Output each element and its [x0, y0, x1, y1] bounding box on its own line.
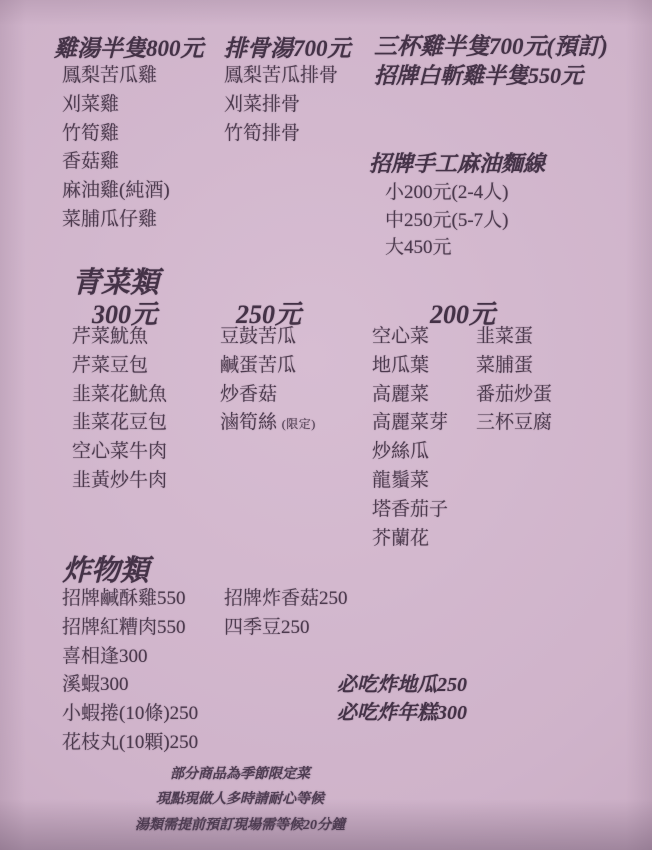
- sesame-noodle-header: 招牌手工麻油麵線: [369, 147, 545, 178]
- menu-item: 菜脯蛋: [476, 352, 552, 381]
- menu-item-limited: 滷筍絲 (限定): [220, 409, 316, 439]
- price-300-items: 芹菜魷魚 芹菜豆包 韭菜花魷魚 韭菜花豆包 空心菜牛肉 韭黃炒牛肉: [72, 323, 167, 496]
- menu-item: 招牌紅糟肉550: [62, 614, 198, 643]
- menu-item: 韭菜花魷魚: [72, 381, 167, 410]
- menu-item: 菜脯瓜仔雞: [62, 206, 170, 235]
- chicken-soup-header: 雞湯半隻800元: [54, 30, 204, 63]
- three-cup-chicken-special: 三杯雞半隻700元(預訂): [374, 28, 608, 61]
- menu-item: 刈菜雞: [62, 91, 170, 120]
- menu-item: 竹筍排骨: [224, 120, 338, 149]
- menu-item: 刈菜排骨: [224, 91, 338, 120]
- must-eat-items: 必吃炸地瓜250 必吃炸年糕300: [337, 672, 467, 727]
- white-cut-chicken-special: 招牌白斬雞半隻550元: [374, 59, 583, 90]
- sesame-noodle-sizes: 小200元(2-4人) 中250元(5-7人) 大450元: [385, 179, 508, 262]
- menu-item: 芹菜魷魚: [72, 323, 167, 352]
- pork-rib-soup-items: 鳳梨苦瓜排骨 刈菜排骨 竹筍排骨: [224, 62, 338, 148]
- menu-item: 龍鬚菜: [372, 467, 448, 496]
- menu-item: 芥蘭花: [372, 525, 448, 554]
- menu-item: 番茄炒蛋: [476, 381, 552, 410]
- fried-items-col2: 招牌炸香菇250 四季豆250: [224, 585, 348, 643]
- footer-note: 部分商品為季節限定菜: [10, 762, 470, 787]
- menu-item: 招牌鹹酥雞550: [62, 585, 198, 614]
- menu-item: 塔香茄子: [372, 496, 448, 525]
- price-200-items-right: 韭菜蛋 菜脯蛋 番茄炒蛋 三杯豆腐: [476, 323, 552, 438]
- menu-item: 高麗菜: [372, 381, 448, 410]
- price-250-items: 豆鼓苦瓜 鹹蛋苦瓜 炒香菇 滷筍絲 (限定): [220, 323, 316, 439]
- chicken-soup-items: 鳳梨苦瓜雞 刈菜雞 竹筍雞 香菇雞 麻油雞(純酒) 菜脯瓜仔雞: [62, 62, 170, 235]
- menu-item: 鳳梨苦瓜排骨: [224, 62, 338, 91]
- menu-item: 花枝丸(10顆)250: [62, 729, 198, 758]
- footer-note: 湯類需提前預訂現場需等候20分鐘: [10, 813, 470, 838]
- price-200-items-left: 空心菜 地瓜葉 高麗菜 高麗菜芽 炒絲瓜 龍鬚菜 塔香茄子 芥蘭花: [372, 323, 448, 553]
- menu-item: 喜相逢300: [62, 643, 198, 672]
- menu-item: 地瓜葉: [372, 352, 448, 381]
- menu-item: 豆鼓苦瓜: [220, 323, 316, 352]
- menu-item-name: 滷筍絲: [220, 412, 277, 433]
- menu-item: 鹹蛋苦瓜: [220, 352, 316, 381]
- fried-section-header: 炸物類: [62, 548, 149, 589]
- menu-item: 小蝦捲(10條)250: [62, 700, 198, 729]
- menu-item: 必吃炸地瓜250: [337, 672, 467, 700]
- menu-item: 大450元: [385, 234, 508, 262]
- pork-rib-soup-header: 排骨湯700元: [224, 30, 351, 63]
- menu-item: 炒絲瓜: [372, 438, 448, 467]
- menu-item: 韭菜花豆包: [72, 409, 167, 438]
- menu-item: 空心菜: [372, 323, 448, 352]
- menu-item: 招牌炸香菇250: [224, 585, 348, 614]
- menu-item: 竹筍雞: [62, 120, 170, 149]
- menu-item: 四季豆250: [224, 614, 348, 643]
- fried-items-col1: 招牌鹹酥雞550 招牌紅糟肉550 喜相逢300 溪蝦300 小蝦捲(10條)2…: [62, 585, 198, 758]
- menu-item: 芹菜豆包: [72, 352, 167, 381]
- menu-item: 小200元(2-4人): [385, 179, 508, 207]
- menu-item: 溪蝦300: [62, 671, 198, 700]
- limited-note: (限定): [282, 417, 316, 431]
- footer-notes: 部分商品為季節限定菜 現點現做人多時請耐心等候 湯類需提前預訂現場需等候20分鐘: [10, 762, 470, 838]
- menu-item: 香菇雞: [62, 148, 170, 177]
- footer-note: 現點現做人多時請耐心等候: [10, 787, 470, 812]
- menu-item: 鳳梨苦瓜雞: [62, 62, 170, 91]
- menu-item: 中250元(5-7人): [385, 207, 508, 235]
- menu-item: 必吃炸年糕300: [337, 700, 467, 728]
- menu-item: 韭菜蛋: [476, 323, 552, 352]
- menu-item: 三杯豆腐: [476, 409, 552, 438]
- menu-item: 麻油雞(純酒): [62, 177, 170, 206]
- menu-item: 炒香菇: [220, 381, 316, 410]
- menu-item: 韭黃炒牛肉: [72, 467, 167, 496]
- menu-item: 空心菜牛肉: [72, 438, 167, 467]
- menu-page: 雞湯半隻800元 排骨湯700元 三杯雞半隻700元(預訂) 招牌白斬雞半隻55…: [0, 0, 652, 850]
- menu-item: 高麗菜芽: [372, 409, 448, 438]
